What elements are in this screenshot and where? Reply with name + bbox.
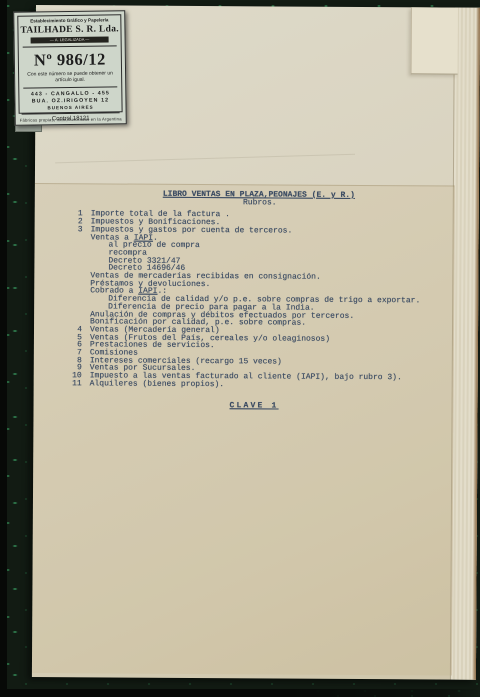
cover-bottom-edge (0, 689, 480, 697)
rubros-list: 1Importe total de la factura .2Impuestos… (34, 210, 479, 390)
rubro-line: 11Alquileres (bienes propios). (34, 380, 478, 390)
rubro-number (71, 241, 83, 249)
rubro-number (70, 249, 82, 257)
rubro-number (70, 303, 82, 311)
clave-footer: CLAVE 1 (230, 402, 478, 411)
rubro-number (70, 272, 82, 280)
rubro-text: Alquileres (bienes propios). (90, 380, 224, 389)
page-subtitle: Rubros. (163, 198, 357, 207)
label-divider (23, 45, 117, 47)
label-company: TAILHADE S. R. Lda. (20, 24, 118, 35)
rubro-number (70, 295, 82, 303)
rubro-number: 3 (71, 226, 83, 234)
printer-label-inner: Establecimiento Gráfico y Papelería TAIL… (17, 14, 122, 113)
paper-flap-corner (411, 7, 458, 74)
scanned-ledger-cover: LIBRO VENTAS EN PLAZA,PEONAJES (E. y R.)… (0, 0, 480, 697)
rubro-number (70, 265, 82, 273)
label-establishment: Establecimiento Gráfico y Papelería (24, 18, 114, 25)
rubro-number (70, 288, 82, 296)
label-note: Con este número se puede obtener un artí… (21, 71, 119, 84)
label-address-2: BUA. OZ.IRIGOYEN 12 (21, 97, 119, 105)
label-address-1: 443 - CANGALLO - 455 (21, 90, 119, 98)
rubro-number (70, 311, 82, 319)
label-city: BUENOS AIRES (22, 105, 120, 111)
page-title: LIBRO VENTAS EN PLAZA,PEONAJES (E. y R.) (163, 191, 479, 201)
typed-content: LIBRO VENTAS EN PLAZA,PEONAJES (E. y R.)… (34, 190, 479, 411)
label-number: Nº 986/12 (21, 49, 119, 70)
rubro-number (70, 257, 82, 265)
printer-label: Establecimiento Gráfico y Papelería TAIL… (13, 10, 127, 126)
rubro-number (70, 280, 82, 288)
label-black-bar: — A. LEGALIZADA — (31, 36, 109, 43)
label-divider (23, 86, 117, 88)
paper-crease (55, 154, 355, 164)
cover-left-edge (0, 0, 7, 697)
rubro-number (71, 234, 83, 242)
rubro-number: 11 (70, 380, 82, 388)
